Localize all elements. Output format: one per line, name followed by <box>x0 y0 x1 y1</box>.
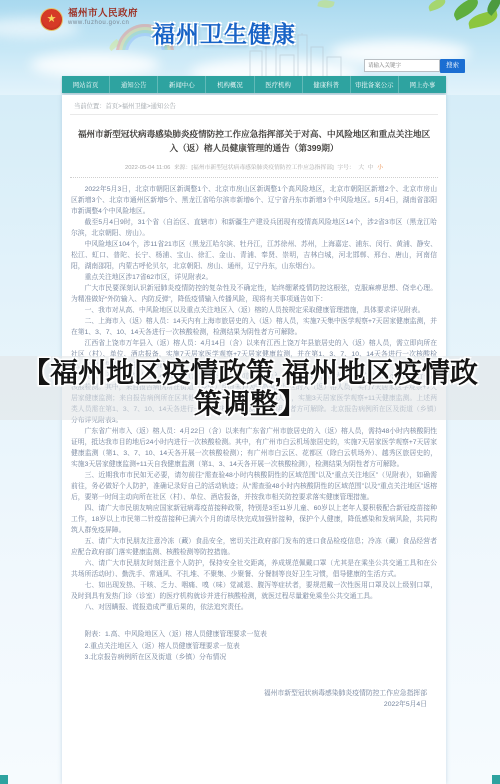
body-paragraph: 五、请广大市民朋友注意冷冻（藏）食品安全，密切关注政府部门发布的进口食品检疫信息… <box>71 536 437 558</box>
government-logo[interactable]: ★ 福州市人民政府 www.fuzhou.gov.cn <box>40 8 138 31</box>
watermark-text: 【福州地区疫情政策,福州地区疫情政策调整】 <box>20 357 480 419</box>
article-source: 来源：[福州市新型冠状病毒感染肺炎疫情防控工作应急指挥部] <box>174 165 334 171</box>
body-paragraph: 截至5月4日9时，31个省（自治区、直辖市）和新疆生产建设兵团现有疫情高风险地区… <box>71 217 437 239</box>
nav-item-about[interactable]: 机构概况 <box>206 76 254 93</box>
cloud-decoration <box>30 52 160 78</box>
nav-item-news[interactable]: 新闻中心 <box>158 76 206 93</box>
article-meta: 2022-05-04 11:06 来源：[福州市新型冠状病毒感染肺炎疫情防控工作… <box>62 162 446 171</box>
attachment-item: 3.北京报告病例所在区及街道（乡镇）分布情况 <box>71 652 437 664</box>
search-button[interactable]: 搜索 <box>440 59 465 73</box>
body-paragraph: 三、近期我市市民如无必要，请勿前往“需查验48小时内核酸阴性的区域范围”以及“重… <box>71 470 437 503</box>
site-banner: ★ 福州市人民政府 www.fuzhou.gov.cn 福州卫生健康 搜索 网站… <box>0 0 500 95</box>
attachments-list: 附表：1.高、中风险地区入（返）榕人员健康管理要求一览表 2.重点关注地区入（返… <box>71 629 437 664</box>
content-card: 当前位置：首页>福州卫健>通知公告 福州市新型冠状病毒感染肺炎疫情防控工作应急指… <box>62 95 446 784</box>
nav-item-home[interactable]: 网站首页 <box>62 76 110 93</box>
body-paragraph: 2022年5月3日，北京市朝阳区新调整1个、北京市房山区新调整1个高风险地区，北… <box>71 184 437 217</box>
attachment-item: 1.高、中风险地区入（返）榕人员健康管理要求一览表 <box>105 631 267 638</box>
body-paragraph: 中风险地区104个，涉11省21市区（黑龙江哈尔滨、牡丹江，江苏徐州、苏州，上海… <box>71 239 437 272</box>
site-title: 福州卫生健康 <box>152 16 296 49</box>
footer-corner-left <box>0 775 8 784</box>
body-paragraph: 一、我市对从高、中风险地区以及重点关注地区入（返）榕的人员按规定采取健康管理措施… <box>71 305 437 316</box>
logo-url: www.fuzhou.gov.cn <box>68 19 138 27</box>
leaf-icon <box>427 0 447 12</box>
article-body: 2022年5月3日，北京市朝阳区新调整1个、北京市房山区新调整1个高风险地区，北… <box>71 184 437 711</box>
footer-corner-right <box>492 775 500 784</box>
fontsize-mid[interactable]: 中 <box>368 165 374 171</box>
attachment-item: 2.重点关注地区入（返）榕人员健康管理要求一览表 <box>71 641 437 653</box>
signature-date: 2022年5月4日 <box>71 699 427 711</box>
fontsize-big[interactable]: 大 <box>358 165 364 171</box>
body-paragraph: 广东省广州市入（返）榕人员：4月22日（含）以来有广东省广州市旅居史的入（返）榕… <box>71 426 437 470</box>
nav-item-medical[interactable]: 医疗机构 <box>255 76 303 93</box>
body-paragraph: 八、对因瞒报、谎报造成严重后果的，依法追究责任。 <box>71 602 437 613</box>
signature-block: 福州市新型冠状病毒感染肺炎疫情防控工作应急指挥部 2022年5月4日 <box>71 688 437 711</box>
publish-date: 2022-05-04 11:06 <box>125 165 170 171</box>
leaf-icon <box>467 10 499 29</box>
body-paragraph: 广大市民要深刻认识新冠肺炎疫情防控的复杂性及不确定性，始终绷紧疫情防控这根弦，克… <box>71 283 437 305</box>
breadcrumb[interactable]: 当前位置：首页>福州卫健>通知公告 <box>62 95 446 114</box>
fontsize-label: 字号： <box>337 165 354 171</box>
body-paragraph: 重点关注地区涉17省62市区，详见附表2。 <box>71 272 437 283</box>
nav-item-approval[interactable]: 审批备案公示 <box>351 76 399 93</box>
attachments-label: 附表： <box>85 631 105 638</box>
leaf-icon <box>317 0 334 10</box>
nav-item-health[interactable]: 健康科普 <box>303 76 351 93</box>
signature-org: 福州市新型冠状病毒感染肺炎疫情防控工作应急指挥部 <box>71 688 427 700</box>
national-emblem-icon: ★ <box>40 8 63 31</box>
nav-item-notices[interactable]: 通知公告 <box>110 76 158 93</box>
watermark-band: 【福州地区疫情政策,福州地区疫情政策调整】 <box>0 356 500 420</box>
body-paragraph: 六、请广大市民朋友时刻注意个人防护，保持安全社交距离，养成规范佩戴口罩（尤其是在… <box>71 558 437 580</box>
body-paragraph: 二、上海市入（返）榕人员：14天内有上海市旅居史的入（返）榕人员，实施7天集中医… <box>71 316 437 338</box>
logo-org-name: 福州市人民政府 <box>68 8 138 19</box>
main-nav: 网站首页 通知公告 新闻中心 机构概况 医疗机构 健康科普 审批备案公示 网上办… <box>62 76 446 93</box>
fontsize-small[interactable]: 小 <box>377 165 383 171</box>
nav-item-eservice[interactable]: 网上办事 <box>399 76 446 93</box>
article-title: 福州市新型冠状病毒感染肺炎疫情防控工作应急指挥部关于对高、中风险地区和重点关注地… <box>76 127 432 155</box>
dotted-divider <box>70 177 438 178</box>
body-paragraph: 七、如出现发热、干咳、乏力、咽痛、嗅（味）觉减退、腹泻等症状者，要规范戴一次性医… <box>71 580 437 602</box>
body-paragraph: 四、请广大市民朋友响应国家新冠病毒疫苗接种政策，特别是3至11岁儿童、60岁以上… <box>71 503 437 536</box>
search-input[interactable] <box>364 59 440 72</box>
divider <box>70 114 438 115</box>
